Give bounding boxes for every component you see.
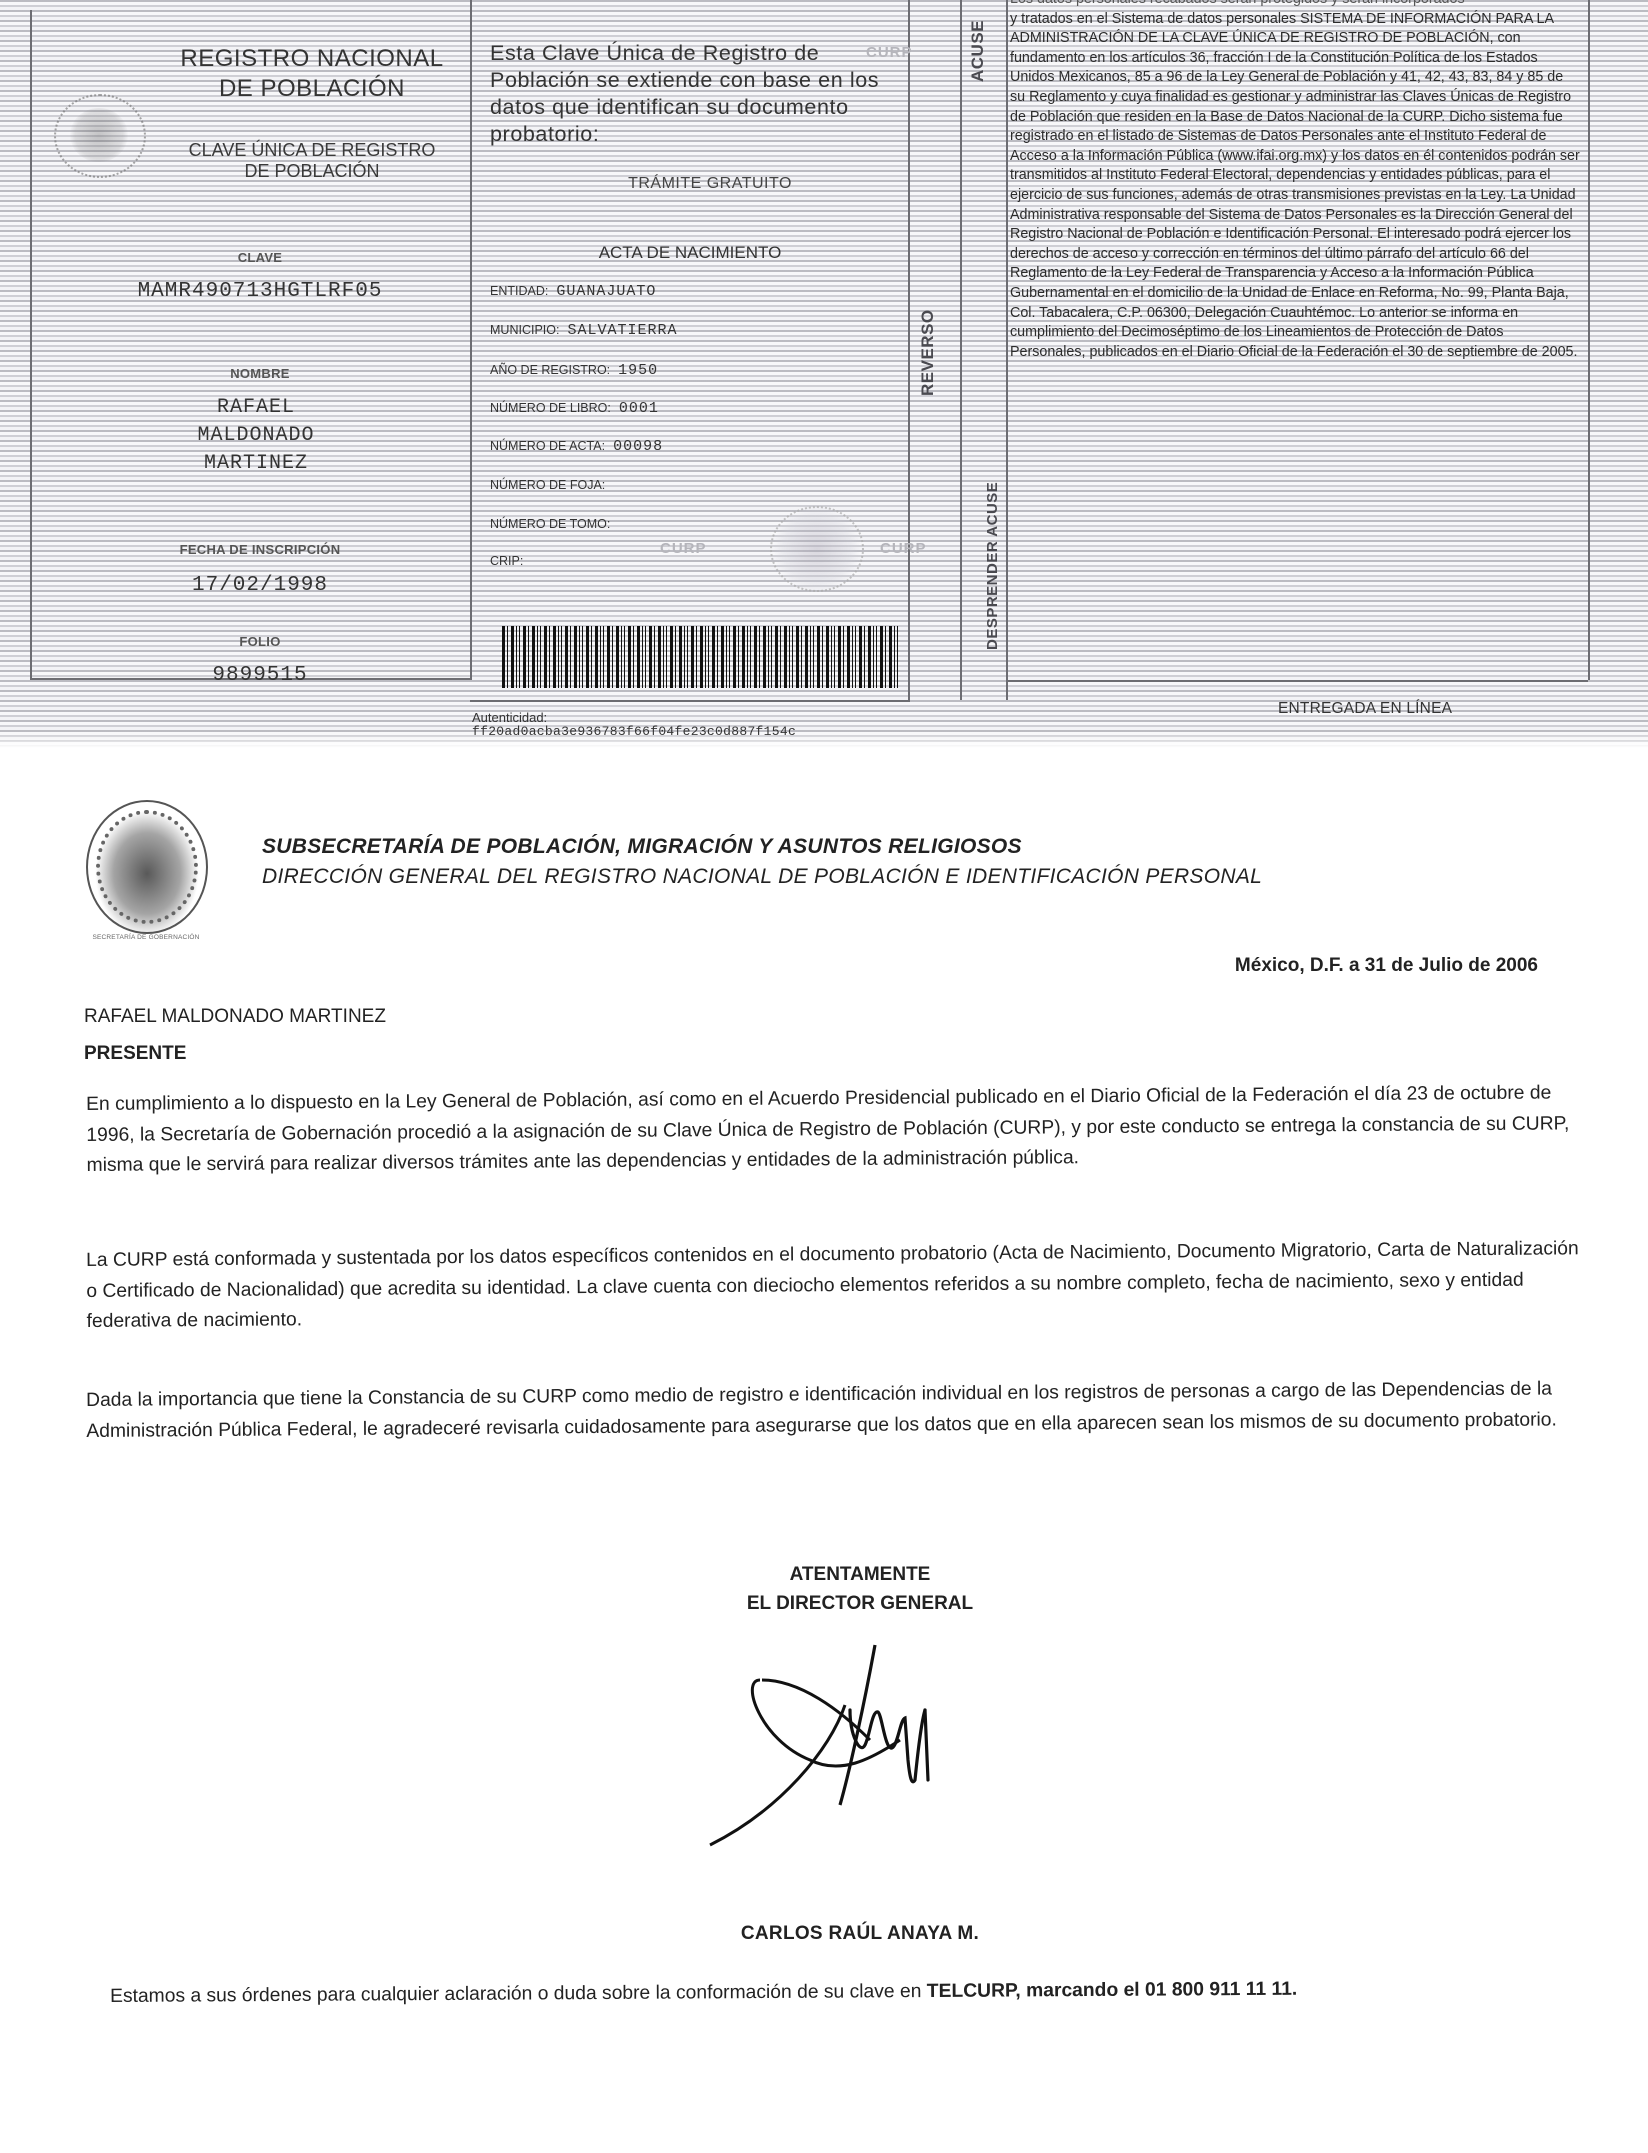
field-label: NÚMERO DE TOMO: [490, 517, 610, 531]
intro-text: Esta Clave Única de Registro de Població… [490, 40, 910, 148]
field-label: NÚMERO DE ACTA: [490, 439, 605, 453]
card-subtitle: CLAVE ÚNICA DE REGISTRO DE POBLACIÓN [172, 140, 452, 182]
closing-director: EL DIRECTOR GENERAL [620, 1589, 1100, 1618]
closing-atentamente: ATENTAMENTE [620, 1560, 1100, 1589]
curp-watermark-right: CURP [880, 540, 927, 557]
barcode [502, 626, 900, 688]
stub-divider-3 [1006, 0, 1008, 700]
footer-telcurp: TELCURP, marcando el 01 800 911 11 11. [927, 1979, 1298, 2002]
nombre-line-1: RAFAEL [86, 396, 426, 419]
field-label: NÚMERO DE LIBRO: [490, 401, 611, 415]
folio-label: FOLIO [210, 634, 310, 649]
curp-watermark-top: CURP [866, 44, 913, 61]
card-subtitle-line1: CLAVE ÚNICA DE REGISTRO [172, 140, 452, 161]
field-value: SALVATIERRA [567, 322, 677, 339]
curp-card: REGISTRO NACIONAL DE POBLACIÓN CLAVE ÚNI… [0, 0, 1648, 748]
card-title-line2: DE POBLACIÓN [172, 74, 452, 104]
field-label: CRIP: [490, 554, 523, 568]
privacy-notice-first-line: Los datos personales recabados serán pro… [1010, 0, 1582, 10]
fecha-inscripcion-label: FECHA DE INSCRIPCIÓN [140, 542, 380, 557]
field-label: MUNICIPIO: [490, 323, 559, 337]
curp-watermark-seal-icon [770, 506, 864, 592]
letter-addressee: RAFAEL MALDONADO MARTINEZ [84, 1006, 386, 1028]
field-row: CRIP: [490, 553, 531, 570]
autenticidad-value: ff20ad0acba3e936783f66f04fe23c0d887f154c [472, 724, 796, 739]
reverso-label: REVERSO [918, 309, 938, 396]
signature-icon [700, 1640, 1000, 1910]
card-left-border [30, 10, 32, 678]
mexico-coat-of-arms-icon [86, 800, 208, 934]
field-value: 1950 [618, 362, 658, 379]
notice-right-border [1588, 0, 1590, 680]
letter-closing: ATENTAMENTE EL DIRECTOR GENERAL [620, 1560, 1100, 1618]
clave-value: MAMR490713HGTLRF05 [100, 280, 420, 303]
seal-caption: SECRETARÍA DE GOBERNACIÓN [80, 934, 212, 941]
footer-text: Estamos a sus órdenes para cualquier acl… [110, 1981, 927, 2007]
letter-paragraph-2: La CURP está conformada y sustentada por… [86, 1234, 1587, 1337]
privacy-notice: Los datos personales recabados serán pro… [1010, 0, 1582, 362]
card-divider [470, 0, 472, 680]
field-row: AÑO DE REGISTRO:1950 [490, 362, 658, 379]
autenticidad-label: Autenticidad: [472, 710, 547, 725]
folio-value: 9899515 [110, 664, 410, 687]
curp-watermark-left: CURP [660, 540, 707, 557]
field-row: NÚMERO DE FOJA: [490, 477, 613, 494]
letter-heading-subsecretaria: SUBSECRETARÍA DE POBLACIÓN, MIGRACIÓN Y … [262, 835, 1022, 859]
card-subtitle-line2: DE POBLACIÓN [172, 161, 452, 182]
privacy-notice-body: y tratados en el Sistema de datos person… [1010, 11, 1580, 360]
field-row: MUNICIPIO:SALVATIERRA [490, 322, 677, 339]
barcode-box-bottom [470, 700, 910, 702]
field-row: NÚMERO DE LIBRO:0001 [490, 400, 659, 417]
nombre-line-2: MALDONADO [86, 424, 426, 447]
field-row: NÚMERO DE TOMO: [490, 516, 618, 533]
field-label: AÑO DE REGISTRO: [490, 363, 610, 377]
letter-paragraph-3: Dada la importancia que tiene la Constan… [86, 1374, 1586, 1447]
desprender-acuse-label: DESPRENDER ACUSE [984, 482, 1001, 650]
mexico-seal-icon [54, 94, 146, 178]
letter-paragraph-1: En cumplimiento a lo dispuesto en la Ley… [86, 1078, 1587, 1181]
field-value: GUANAJUATO [556, 283, 656, 300]
documento-probatorio: ACTA DE NACIMIENTO [540, 243, 840, 263]
signer-name: CARLOS RAÚL ANAYA M. [620, 1923, 1100, 1945]
field-label: ENTIDAD: [490, 284, 548, 298]
field-label: NÚMERO DE FOJA: [490, 478, 605, 492]
letter-date: México, D.F. a 31 de Julio de 2006 [1235, 955, 1538, 977]
acuse-label: ACUSE [968, 20, 988, 82]
field-value: 0001 [619, 400, 659, 417]
notice-bottom-border [1006, 680, 1588, 682]
secretaria-seal: SECRETARÍA DE GOBERNACIÓN [80, 800, 212, 950]
card-title-line1: REGISTRO NACIONAL [172, 44, 452, 74]
entregada-en-linea: ENTREGADA EN LÍNEA [1278, 700, 1452, 718]
fecha-inscripcion-value: 17/02/1998 [110, 574, 410, 597]
letter-heading-direccion: DIRECCIÓN GENERAL DEL REGISTRO NACIONAL … [262, 865, 1262, 889]
field-row: ENTIDAD:GUANAJUATO [490, 283, 656, 300]
nombre-line-3: MARTINEZ [86, 452, 426, 475]
letter-footer: Estamos a sus órdenes para cualquier acl… [110, 1979, 1297, 2008]
nombre-label: NOMBRE [200, 366, 320, 381]
field-value: 00098 [613, 438, 663, 455]
field-row: NÚMERO DE ACTA:00098 [490, 438, 663, 455]
tramite-gratuito: TRÁMITE GRATUITO [560, 175, 860, 193]
letter-presente: PRESENTE [84, 1043, 186, 1065]
stub-divider-2 [960, 0, 962, 700]
clave-label: CLAVE [210, 250, 310, 265]
card-title: REGISTRO NACIONAL DE POBLACIÓN [172, 44, 452, 104]
